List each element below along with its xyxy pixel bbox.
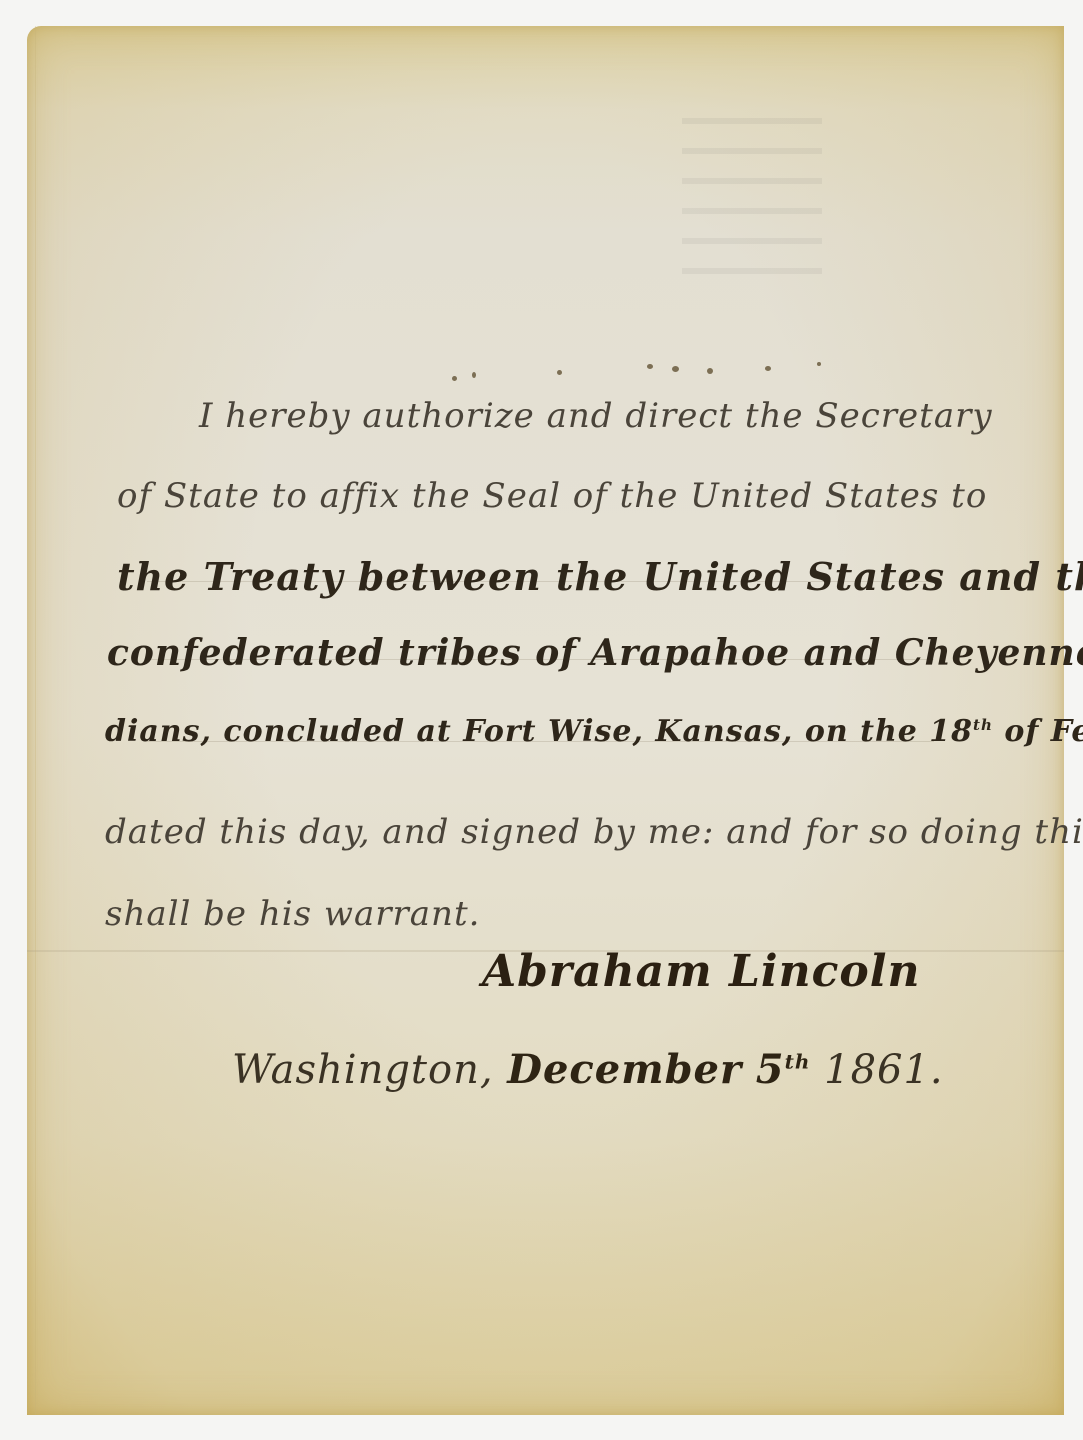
body-line-5-rest: of February, 1861,: [993, 714, 1083, 749]
ink-blot: [672, 366, 679, 372]
ordinal-suffix: th: [973, 716, 993, 734]
dateline-day: 5: [756, 1046, 785, 1093]
faded-archive-stamp: [682, 118, 822, 288]
ink-blot: [817, 362, 821, 366]
dateline-year: 1861.: [824, 1047, 944, 1093]
body-line-1: I hereby authorize and direct the Secret…: [199, 396, 993, 436]
body-line-4: confederated tribes of Arapahoe and Chey…: [107, 632, 1083, 674]
body-line-5-main: dians, concluded at Fort Wise, Kansas, o…: [105, 714, 973, 749]
dateline-month: December: [507, 1046, 742, 1093]
body-line-3: the Treaty between the United States and…: [117, 554, 1083, 599]
ink-blot: [452, 376, 457, 381]
ink-blot: [647, 364, 653, 369]
dateline-day-suffix: th: [785, 1050, 811, 1074]
paper-sheet: I hereby authorize and direct the Secret…: [27, 26, 1064, 1415]
body-line-7: shall be his warrant.: [105, 894, 480, 934]
vertical-edge-crease: [35, 26, 36, 1415]
ink-blot: [557, 370, 562, 375]
ink-blot: [707, 368, 713, 374]
scanned-document: I hereby authorize and direct the Secret…: [0, 0, 1083, 1440]
dateline-place: Washington,: [232, 1047, 494, 1093]
body-line-6: dated this day, and signed by me: and fo…: [105, 812, 1083, 852]
dateline: Washington, December 5th 1861.: [232, 1046, 944, 1093]
ink-blot: [472, 372, 476, 378]
signature: Abraham Lincoln: [482, 946, 920, 997]
ink-blot: [765, 366, 771, 371]
body-line-2: of State to affix the Seal of the United…: [117, 476, 987, 516]
body-line-5: dians, concluded at Fort Wise, Kansas, o…: [105, 714, 1083, 749]
